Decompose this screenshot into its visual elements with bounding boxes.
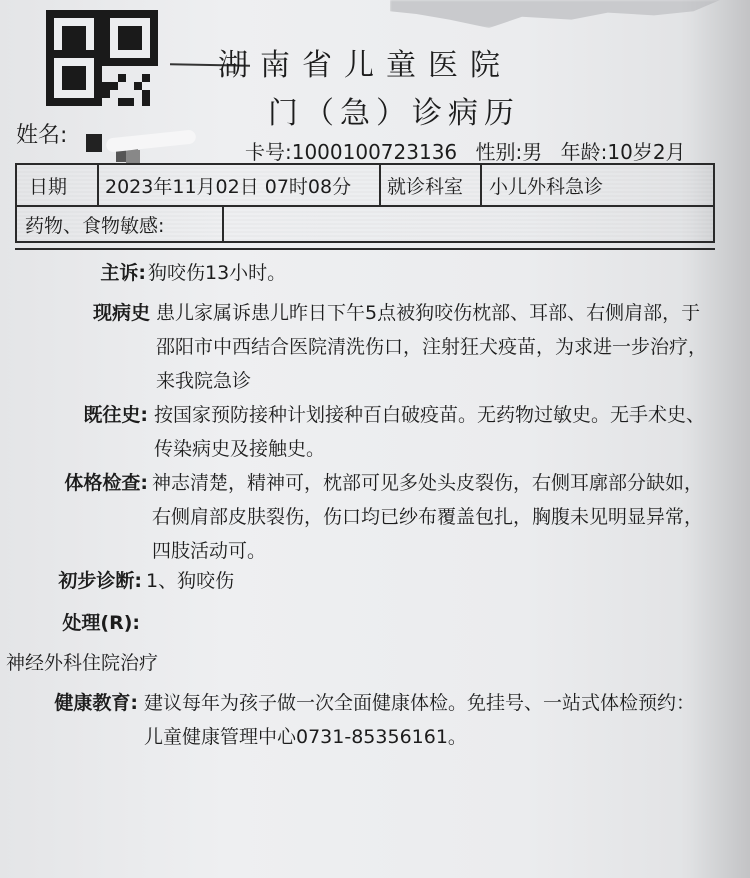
treatment-text: 神经外科住院治疗	[6, 646, 406, 680]
past-history: 既往史: 按国家预防接种计划接种百白破疫苗。无药物过敏史。无手术史、传染病史及接…	[0, 398, 750, 470]
dept-value: 小儿外科急诊	[489, 165, 603, 205]
health-education-label: 健康教育:	[20, 686, 138, 720]
diagnosis-text: 1、狗咬伤	[146, 564, 706, 598]
past-history-label: 既往史:	[62, 398, 148, 432]
chief-complaint: 主诉: 狗咬伤13小时。	[0, 256, 750, 292]
treatment: 处理(R):	[0, 606, 750, 642]
health-education: 健康教育: 建议每年为孩子做一次全面健康体检。免挂号、一站式体检预约：儿童健康管…	[0, 686, 750, 758]
name-redacted	[86, 122, 206, 162]
qr-code-icon	[46, 10, 158, 110]
dept-label: 就诊科室	[387, 165, 463, 205]
visit-table: 日期 2023年11月02日 07时08分 就诊科室 小儿外科急诊 药物、食物敏…	[15, 163, 715, 243]
gender: 性别:男	[476, 140, 543, 164]
health-education-text: 建议每年为孩子做一次全面健康体检。免挂号、一站式体检预约：儿童健康管理中心073…	[144, 686, 704, 754]
present-illness-label: 现病史	[70, 296, 150, 330]
patient-info: 卡号:1000100723136 性别:男 年龄:10岁2月	[245, 136, 698, 165]
past-history-text: 按国家预防接种计划接种百白破疫苗。无药物过敏史。无手术史、传染病史及接触史。	[154, 398, 714, 466]
treatment-label: 处理(R):	[40, 606, 140, 640]
physical-exam: 体格检查: 神志清楚，精神可，枕部可见多处头皮裂伤，右侧耳廓部分缺如，右侧肩部皮…	[0, 466, 750, 570]
allergy-label: 药物、食物敏感:	[25, 205, 164, 243]
date-label: 日期	[29, 165, 67, 205]
physical-exam-text: 神志清楚，精神可，枕部可见多处头皮裂伤，右侧耳廓部分缺如，右侧肩部皮肤裂伤，伤口…	[152, 466, 712, 568]
date-value: 2023年11月02日 07时08分	[105, 165, 351, 205]
allergy-row: 药物、食物敏感:	[17, 205, 713, 243]
record-title: 门（急）诊病历	[268, 88, 520, 132]
diagnosis: 初步诊断: 1、狗咬伤	[0, 564, 750, 600]
card-number: 卡号:1000100723136	[245, 140, 457, 164]
present-illness-text: 患儿家属诉患儿昨日下午5点被狗咬伤枕部、耳部、右侧肩部，于邵阳市中西结合医院清洗…	[156, 296, 716, 398]
present-illness: 现病史 患儿家属诉患儿昨日下午5点被狗咬伤枕部、耳部、右侧肩部，于邵阳市中西结合…	[0, 296, 750, 404]
visit-row: 日期 2023年11月02日 07时08分 就诊科室 小儿外科急诊	[17, 165, 713, 207]
diagnosis-label: 初步诊断:	[24, 564, 142, 598]
age: 年龄:10岁2月	[561, 140, 686, 164]
divider	[15, 248, 715, 250]
chief-complaint-label: 主诉:	[86, 256, 146, 290]
hospital-name: 湖南省儿童医院	[218, 40, 512, 84]
chief-complaint-text: 狗咬伤13小时。	[148, 256, 708, 290]
treatment-body: 神经外科住院治疗	[0, 646, 750, 682]
name-label: 姓名:	[16, 118, 67, 149]
physical-exam-label: 体格检查:	[30, 466, 148, 500]
